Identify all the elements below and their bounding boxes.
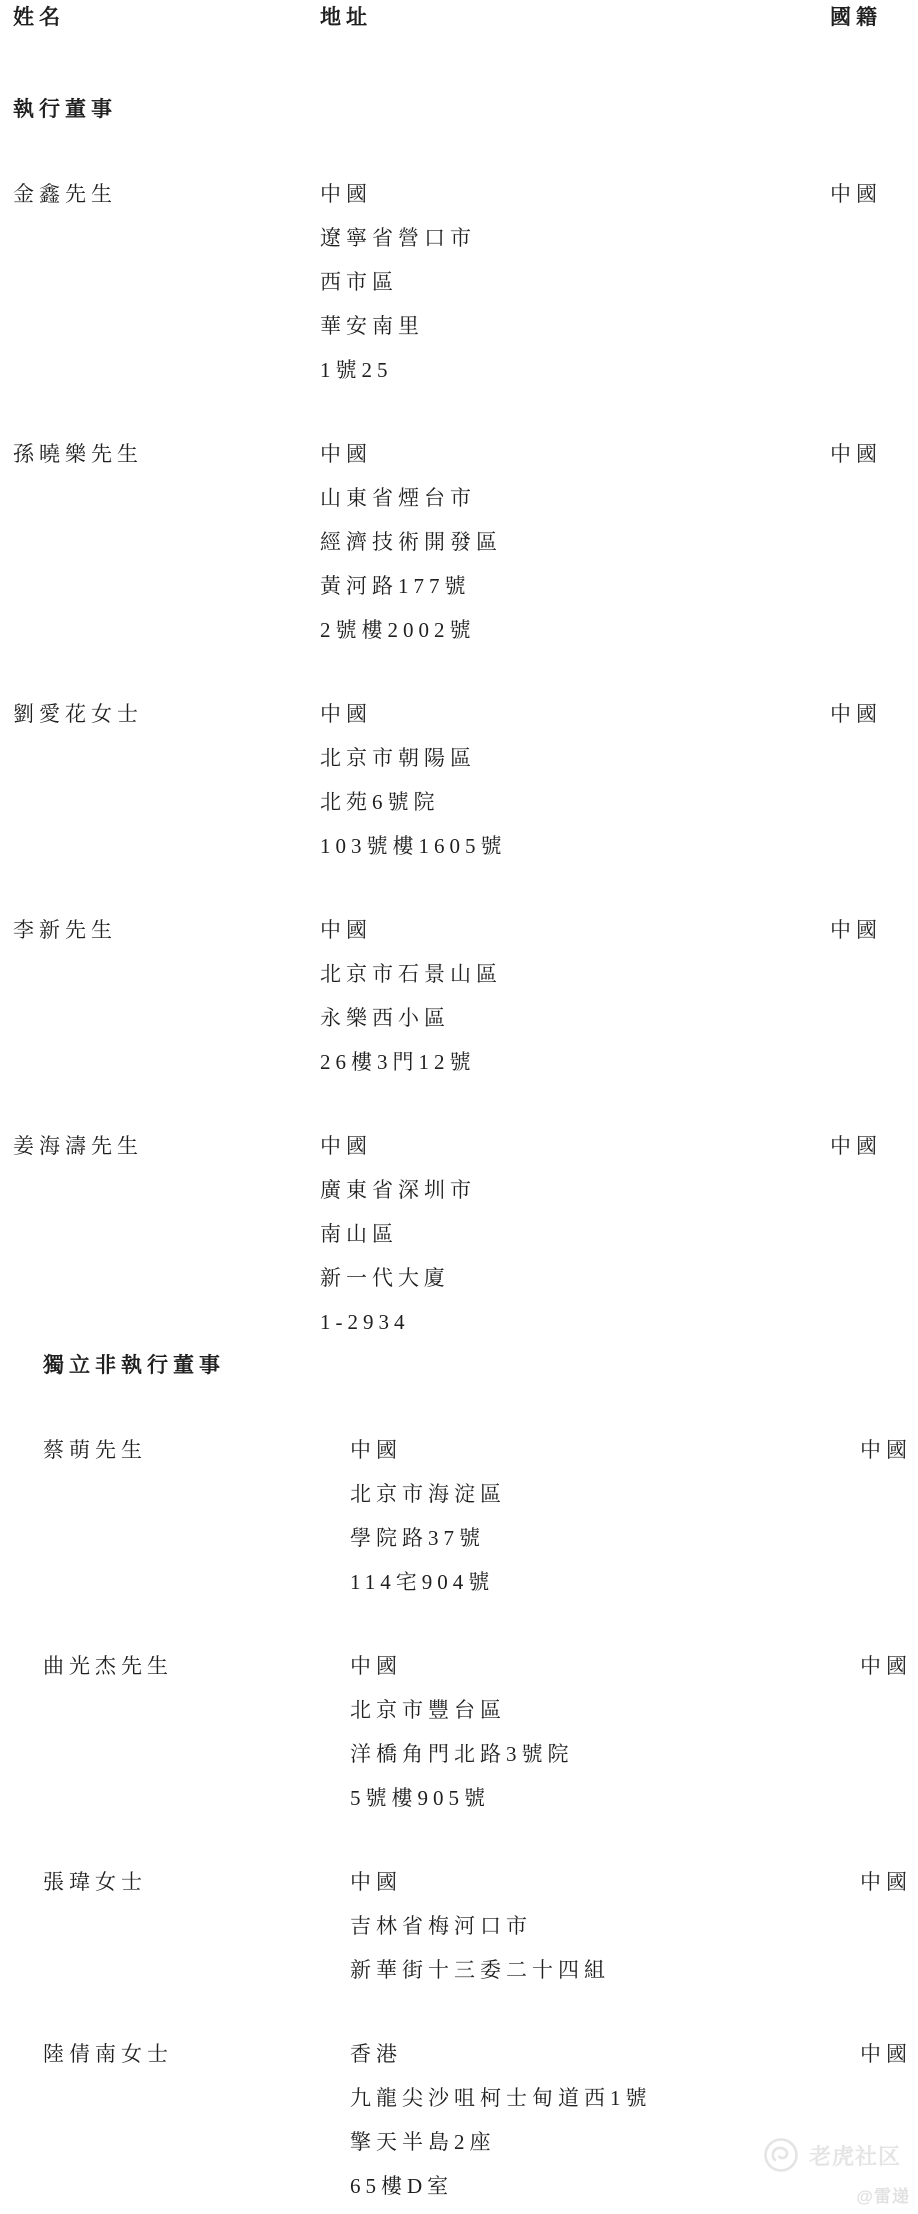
address-line: 黃河路177號	[320, 564, 830, 608]
address-line: 中國	[350, 1428, 860, 1472]
address-line: 114宅904號	[350, 1560, 860, 1604]
director-nationality: 中國	[830, 692, 918, 868]
director-section: 獨立非執行董事 蔡萌先生 中國北京市海淀區學院路37號114宅904號 中國 曲…	[0, 1344, 918, 2208]
address-line: 北京市石景山區	[320, 952, 830, 996]
address-line: 北京市朝陽區	[320, 736, 830, 780]
director-row: 金鑫先生 中國遼寧省營口市西市區華安南里1號25 中國	[13, 172, 918, 392]
watermark: 老虎社区 @雷递	[762, 2136, 910, 2207]
address-line: 山東省煙台市	[320, 476, 830, 520]
section-title: 執行董事	[13, 88, 918, 132]
director-name: 李新先生	[13, 908, 320, 1084]
address-line: 新華街十三委二十四組	[350, 1948, 860, 1992]
address-line: 遼寧省營口市	[320, 216, 830, 260]
director-nationality: 中國	[830, 172, 918, 392]
director-nationality: 中國	[830, 908, 918, 1084]
address-line: 中國	[320, 692, 830, 736]
director-name: 蔡萌先生	[43, 1428, 350, 1604]
address-line: 中國	[350, 1644, 860, 1688]
address-line: 2號樓2002號	[320, 608, 830, 652]
column-header-address: 地址	[320, 4, 830, 32]
director-name: 姜海濤先生	[13, 1124, 320, 1344]
section-rows: 金鑫先生 中國遼寧省營口市西市區華安南里1號25 中國 孫曉樂先生 中國山東省煙…	[13, 172, 918, 1344]
address-line: 北京市豐台區	[350, 1688, 860, 1732]
director-address: 中國北京市朝陽區北苑6號院103號樓1605號	[320, 692, 830, 868]
address-line: 中國	[320, 172, 830, 216]
director-name: 張瑋女士	[43, 1860, 350, 1992]
director-row: 蔡萌先生 中國北京市海淀區學院路37號114宅904號 中國	[43, 1428, 918, 1604]
director-name: 陸倩南女士	[43, 2032, 350, 2208]
address-line: 華安南里	[320, 304, 830, 348]
watermark-handle: @雷递	[762, 2182, 910, 2207]
address-line: 洋橋角門北路3號院	[350, 1732, 860, 1776]
address-line: 九龍尖沙咀柯士甸道西1號	[350, 2076, 860, 2120]
director-nationality: 中國	[830, 1124, 918, 1344]
address-line: 南山區	[320, 1212, 830, 1256]
table-header-row: 姓名 地址 國籍	[0, 0, 918, 32]
director-address: 中國山東省煙台市經濟技術開發區黃河路177號2號樓2002號	[320, 432, 830, 652]
director-name: 金鑫先生	[13, 172, 320, 392]
watermark-brand-row: 老虎社区	[762, 2136, 910, 2174]
address-line: 廣東省深圳市	[320, 1168, 830, 1212]
director-row: 曲光杰先生 中國北京市豐台區洋橋角門北路3號院5號樓905號 中國	[43, 1644, 918, 1820]
director-row: 李新先生 中國北京市石景山區永樂西小區26樓3門12號 中國	[13, 908, 918, 1084]
director-row: 劉愛花女士 中國北京市朝陽區北苑6號院103號樓1605號 中國	[13, 692, 918, 868]
director-address: 中國廣東省深圳市南山區新一代大廈1-2934	[320, 1124, 830, 1344]
address-line: 西市區	[320, 260, 830, 304]
director-address: 中國遼寧省營口市西市區華安南里1號25	[320, 172, 830, 392]
director-name: 曲光杰先生	[43, 1644, 350, 1820]
director-name: 劉愛花女士	[13, 692, 320, 868]
watermark-brand-text: 老虎社区	[809, 2140, 901, 2171]
tiger-community-logo-icon	[762, 2136, 800, 2174]
director-row: 孫曉樂先生 中國山東省煙台市經濟技術開發區黃河路177號2號樓2002號 中國	[13, 432, 918, 652]
director-address: 中國北京市石景山區永樂西小區26樓3門12號	[320, 908, 830, 1084]
address-line: 26樓3門12號	[320, 1040, 830, 1084]
director-address: 中國北京市海淀區學院路37號114宅904號	[350, 1428, 860, 1604]
director-nationality: 中國	[860, 1860, 918, 1992]
directors-table-page: 姓名 地址 國籍 執行董事 金鑫先生 中國遼寧省營口市西市區華安南里1號25 中…	[0, 0, 918, 2214]
column-header-nationality: 國籍	[830, 4, 918, 32]
director-nationality: 中國	[860, 1644, 918, 1820]
address-line: 北苑6號院	[320, 780, 830, 824]
address-line: 中國	[320, 1124, 830, 1168]
director-address: 中國北京市豐台區洋橋角門北路3號院5號樓905號	[350, 1644, 860, 1820]
director-address: 中國吉林省梅河口市新華街十三委二十四組	[350, 1860, 860, 1992]
director-row: 張瑋女士 中國吉林省梅河口市新華街十三委二十四組 中國	[43, 1860, 918, 1992]
address-line: 香港	[350, 2032, 860, 2076]
address-line: 1-2934	[320, 1300, 830, 1344]
address-line: 5號樓905號	[350, 1776, 860, 1820]
director-nationality: 中國	[860, 1428, 918, 1604]
director-section: 執行董事 金鑫先生 中國遼寧省營口市西市區華安南里1號25 中國 孫曉樂先生 中…	[0, 88, 918, 1344]
address-line: 新一代大廈	[320, 1256, 830, 1300]
director-name: 孫曉樂先生	[13, 432, 320, 652]
address-line: 1號25	[320, 348, 830, 392]
address-line: 經濟技術開發區	[320, 520, 830, 564]
address-line: 永樂西小區	[320, 996, 830, 1040]
column-header-name: 姓名	[13, 4, 320, 32]
director-nationality: 中國	[830, 432, 918, 652]
address-line: 中國	[320, 908, 830, 952]
director-sections: 執行董事 金鑫先生 中國遼寧省營口市西市區華安南里1號25 中國 孫曉樂先生 中…	[0, 88, 918, 2208]
director-row: 姜海濤先生 中國廣東省深圳市南山區新一代大廈1-2934 中國	[13, 1124, 918, 1344]
section-rows: 蔡萌先生 中國北京市海淀區學院路37號114宅904號 中國 曲光杰先生 中國北…	[43, 1428, 918, 2208]
section-title: 獨立非執行董事	[43, 1344, 918, 1388]
address-line: 吉林省梅河口市	[350, 1904, 860, 1948]
address-line: 中國	[320, 432, 830, 476]
address-line: 103號樓1605號	[320, 824, 830, 868]
address-line: 學院路37號	[350, 1516, 860, 1560]
address-line: 中國	[350, 1860, 860, 1904]
address-line: 北京市海淀區	[350, 1472, 860, 1516]
